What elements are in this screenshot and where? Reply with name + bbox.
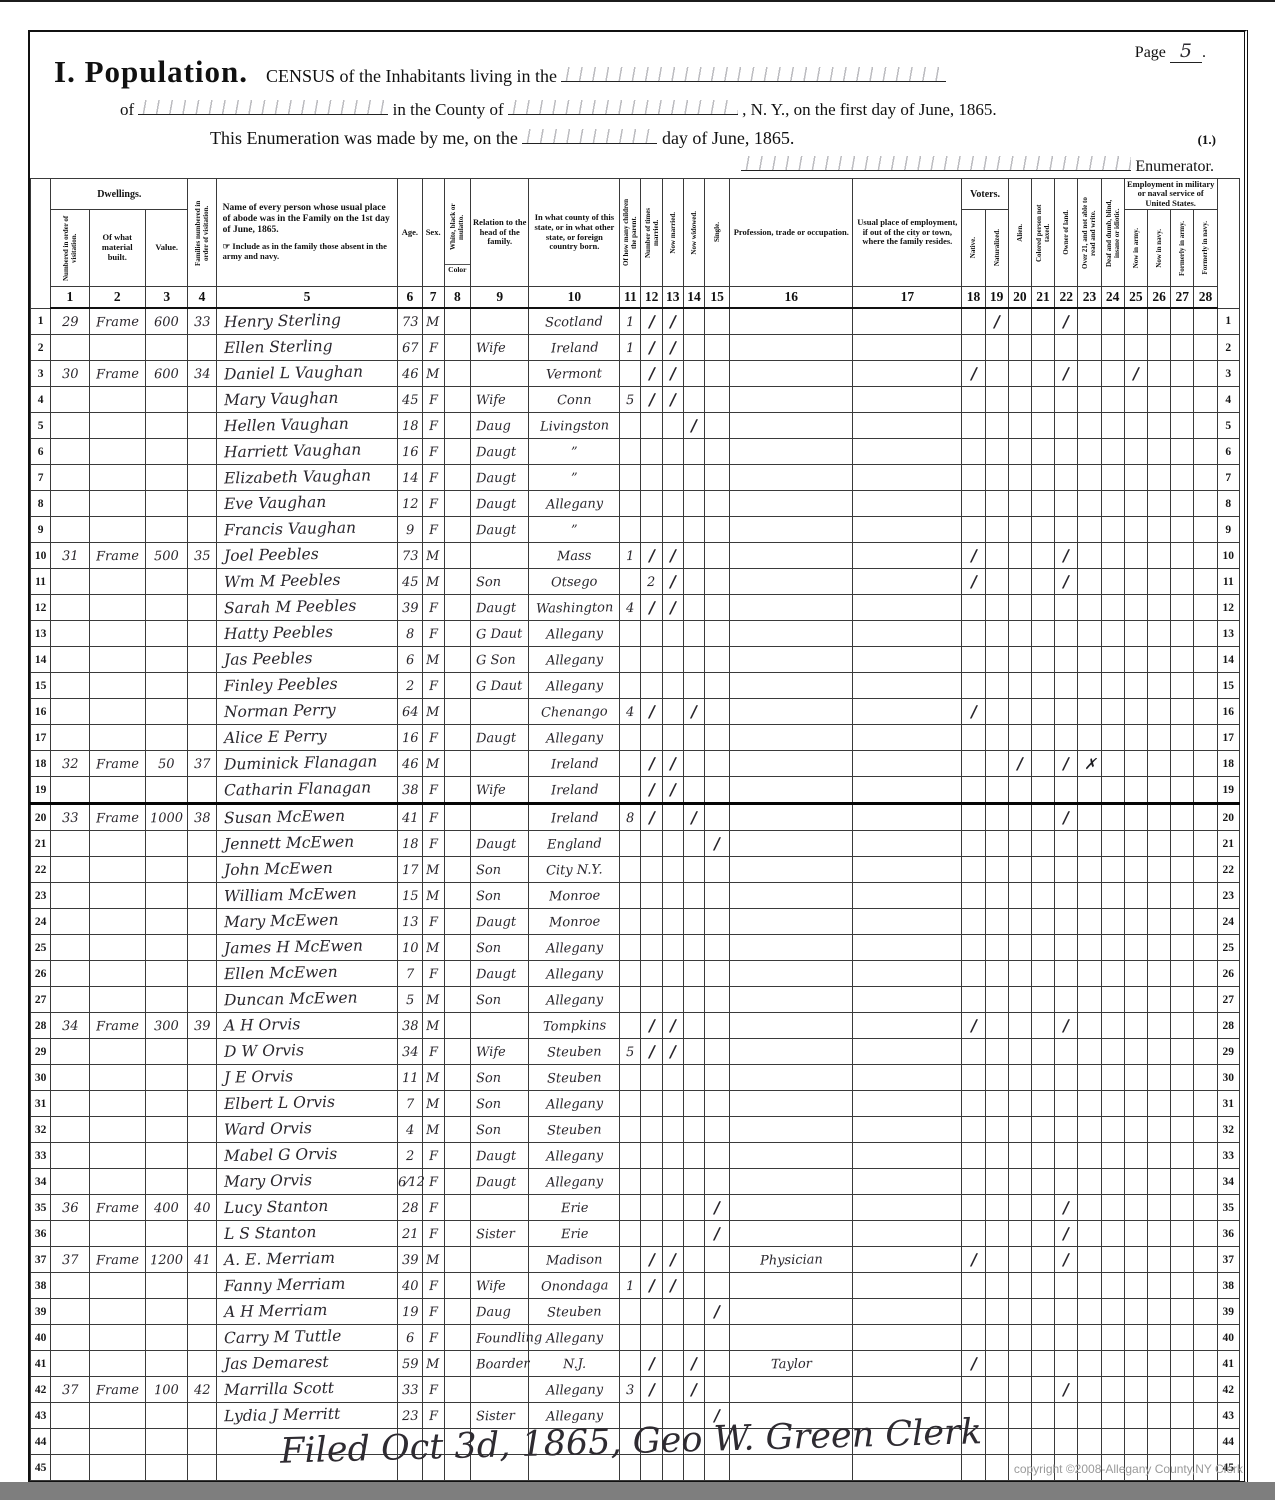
cell-r26-c19 [985, 961, 1008, 987]
cell-r39-c25 [1124, 1299, 1147, 1325]
cell-r24-c23 [1078, 909, 1101, 935]
cell-r30-c12 [641, 1065, 662, 1091]
cell-r28-c16 [730, 1013, 853, 1039]
cell-r31-c22 [1055, 1091, 1078, 1117]
cell-r35-c2: Frame [89, 1195, 146, 1221]
cell-r27-c11 [620, 987, 641, 1013]
cell-r43-c5: Lydia J Merritt [216, 1403, 398, 1429]
cell-r20-c19 [985, 804, 1008, 831]
cell-r7-c6: 14 [398, 465, 422, 491]
cell-r42-c10: Allegany [529, 1377, 620, 1403]
cell-r17-c2 [89, 725, 146, 751]
cell-r17-c17 [853, 725, 962, 751]
cell-r2-c9: Wife [470, 335, 529, 361]
cell-r35-c13 [662, 1195, 683, 1221]
cell-r13-c13 [662, 621, 683, 647]
cell-r19-c20 [1008, 777, 1031, 804]
cell-r8-c15 [705, 491, 730, 517]
cell-r36-c7: F [422, 1221, 444, 1247]
cell-r8-c25 [1124, 491, 1147, 517]
cell-r2-c14 [683, 335, 704, 361]
cell-r12-c15 [705, 595, 730, 621]
column-number-9: 9 [470, 287, 529, 309]
cell-r26-c6: 7 [398, 961, 422, 987]
cell-r40-c14 [683, 1325, 704, 1351]
cell-r35-c14 [683, 1195, 704, 1221]
cell-r34-c5: Mary Orvis [216, 1169, 398, 1195]
cell-r2-c25 [1124, 335, 1147, 361]
line-number-left-23: 23 [31, 883, 51, 909]
cell-r26-c27 [1171, 961, 1194, 987]
cell-r42-c2: Frame [89, 1377, 146, 1403]
cell-r28-c28 [1194, 1013, 1217, 1039]
cell-r26-c28 [1194, 961, 1217, 987]
cell-r30-c6: 11 [398, 1065, 422, 1091]
cell-r11-c27 [1171, 569, 1194, 595]
cell-r10-c8 [444, 543, 470, 569]
cell-r20-c4: 38 [188, 804, 216, 831]
cell-r16-c27 [1171, 699, 1194, 725]
cell-r8-c24 [1101, 491, 1124, 517]
cell-r18-c17 [853, 751, 962, 777]
cell-r30-c28 [1194, 1065, 1217, 1091]
cell-r23-c10: Monroe [529, 883, 620, 909]
cell-r11-c15 [705, 569, 730, 595]
cell-r43-c26 [1147, 1403, 1170, 1429]
cell-r6-c11 [620, 439, 641, 465]
line-number-left-26: 26 [31, 961, 51, 987]
cell-r41-c8 [444, 1351, 470, 1377]
cell-r21-c21 [1031, 831, 1054, 857]
cell-r42-c27 [1171, 1377, 1194, 1403]
cell-r25-c28 [1194, 935, 1217, 961]
cell-r8-c16 [730, 491, 853, 517]
cell-r22-c14 [683, 857, 704, 883]
census-row-26: 26Ellen McEwen7FDaugtAllegany26 [31, 961, 1240, 987]
cell-r7-c1 [51, 465, 89, 491]
copyright-text: copyright ©2008-Allegany County,NY Clerk [1014, 1462, 1243, 1476]
cell-r42-c5: Marrilla Scott [216, 1377, 398, 1403]
cell-r36-c25 [1124, 1221, 1147, 1247]
cell-r8-c3 [146, 491, 188, 517]
cell-r12-c2 [89, 595, 146, 621]
cell-r38-c1 [51, 1273, 89, 1299]
cell-r16-c8 [444, 699, 470, 725]
cell-r38-c19 [985, 1273, 1008, 1299]
cell-r14-c12 [641, 647, 662, 673]
cell-r10-c25 [1124, 543, 1147, 569]
cell-r27-c1 [51, 987, 89, 1013]
column-number-21: 21 [1031, 287, 1054, 309]
cell-r45-c17 [853, 1455, 962, 1481]
cell-r12-c17 [853, 595, 962, 621]
cell-r4-c19 [985, 387, 1008, 413]
cell-r12-c7: F [422, 595, 444, 621]
col-12-header: Number of times married. [641, 179, 662, 287]
cell-r41-c14: ∕ [683, 1351, 704, 1377]
cell-r15-c15 [705, 673, 730, 699]
cell-r39-c11 [620, 1299, 641, 1325]
cell-r2-c11: 1 [620, 335, 641, 361]
census-row-29: 29D W Orvis34FWifeSteuben5∕∕29 [31, 1039, 1240, 1065]
cell-r7-c4 [188, 465, 216, 491]
cell-r7-c14 [683, 465, 704, 491]
cell-r40-c2 [89, 1325, 146, 1351]
cell-r28-c7: M [422, 1013, 444, 1039]
cell-r5-c17 [853, 413, 962, 439]
cell-r37-c26 [1147, 1247, 1170, 1273]
cell-r14-c28 [1194, 647, 1217, 673]
cell-r8-c14 [683, 491, 704, 517]
cell-r23-c8 [444, 883, 470, 909]
cell-r12-c5: Sarah M Peebles [216, 595, 398, 621]
cell-r14-c27 [1171, 647, 1194, 673]
cell-r40-c3 [146, 1325, 188, 1351]
cell-r14-c2 [89, 647, 146, 673]
cell-r33-c4 [188, 1143, 216, 1169]
col-17-header: Usual place of employment, if out of the… [853, 179, 962, 287]
col-23-header: Over 21, and not able to read and write. [1078, 179, 1101, 287]
cell-r40-c23 [1078, 1325, 1101, 1351]
cell-r29-c19 [985, 1039, 1008, 1065]
cell-r44-c26 [1147, 1429, 1170, 1455]
cell-r8-c26 [1147, 491, 1170, 517]
cell-r21-c13 [662, 831, 683, 857]
cell-r20-c26 [1147, 804, 1170, 831]
cell-r26-c14 [683, 961, 704, 987]
cell-r44-c4 [188, 1429, 216, 1455]
cell-r22-c19 [985, 857, 1008, 883]
cell-r27-c7: M [422, 987, 444, 1013]
cell-r2-c12: ∕ [641, 335, 662, 361]
cell-r3-c4: 34 [188, 361, 216, 387]
column-number-11: 11 [620, 287, 641, 309]
cell-r17-c25 [1124, 725, 1147, 751]
cell-r31-c6: 7 [398, 1091, 422, 1117]
cell-r39-c8 [444, 1299, 470, 1325]
line-number-right-17: 17 [1217, 725, 1239, 751]
cell-r18-c8 [444, 751, 470, 777]
column-number-12: 12 [641, 287, 662, 309]
cell-r22-c18 [962, 857, 985, 883]
cell-r17-c18 [962, 725, 985, 751]
cell-r22-c26 [1147, 857, 1170, 883]
cell-r10-c23 [1078, 543, 1101, 569]
cell-r18-c10: Ireland [529, 751, 620, 777]
cell-r29-c10: Steuben [529, 1039, 620, 1065]
cell-r32-c8 [444, 1117, 470, 1143]
cell-r20-c15 [705, 804, 730, 831]
column-number-10: 10 [529, 287, 620, 309]
cell-r41-c9: Boarder [470, 1351, 529, 1377]
cell-r34-c2 [89, 1169, 146, 1195]
cell-r11-c13: ∕ [662, 569, 683, 595]
cell-r17-c20 [1008, 725, 1031, 751]
cell-r24-c12 [641, 909, 662, 935]
cell-r38-c12: ∕ [641, 1273, 662, 1299]
census-row-22: 22John McEwen17MSonCity N.Y.22 [31, 857, 1240, 883]
cell-r3-c20 [1008, 361, 1031, 387]
cell-r29-c18 [962, 1039, 985, 1065]
line-number-left-6: 6 [31, 439, 51, 465]
line-number-left-24: 24 [31, 909, 51, 935]
cell-r44-c28 [1194, 1429, 1217, 1455]
cell-r12-c13: ∕ [662, 595, 683, 621]
cell-r13-c1 [51, 621, 89, 647]
cell-r9-c27 [1171, 517, 1194, 543]
col-13-header: Now married. [662, 179, 683, 287]
cell-r22-c16 [730, 857, 853, 883]
cell-r8-c4 [188, 491, 216, 517]
line-number-left-40: 40 [31, 1325, 51, 1351]
cell-r25-c14 [683, 935, 704, 961]
column-number-2: 2 [89, 287, 146, 309]
cell-r40-c10: Allegany [529, 1325, 620, 1351]
cell-r39-c22 [1055, 1299, 1078, 1325]
line-number-right-32: 32 [1217, 1117, 1239, 1143]
cell-r43-c6: 23 [398, 1403, 422, 1429]
cell-r28-c12: ∕ [641, 1013, 662, 1039]
cell-r38-c20 [1008, 1273, 1031, 1299]
cell-r28-c27 [1171, 1013, 1194, 1039]
cell-r22-c13 [662, 857, 683, 883]
col-27-header: Formerly in army. [1171, 210, 1194, 287]
cell-r36-c8 [444, 1221, 470, 1247]
census-row-41: 41Jas Demarest59MBoarderN.J.∕∕Taylor∕41 [31, 1351, 1240, 1377]
col-4-header: Families numbered in order of visitation… [188, 179, 216, 287]
cell-r20-c11: 8 [620, 804, 641, 831]
column-number-row: 1234567891011121314151617181920212223242… [31, 287, 1240, 309]
cell-r28-c18: ∕ [962, 1013, 985, 1039]
cell-r36-c24 [1101, 1221, 1124, 1247]
cell-r19-c8 [444, 777, 470, 804]
cell-r1-c24 [1101, 308, 1124, 335]
cell-r15-c21 [1031, 673, 1054, 699]
cell-r5-c4 [188, 413, 216, 439]
cell-r26-c9: Daugt [470, 961, 529, 987]
cell-r6-c27 [1171, 439, 1194, 465]
line-number-right-6: 6 [1217, 439, 1239, 465]
cell-r19-c5: Catharin Flanagan [216, 777, 398, 804]
cell-r33-c10: Allegany [529, 1143, 620, 1169]
column-number-19: 19 [985, 287, 1008, 309]
cell-r33-c21 [1031, 1143, 1054, 1169]
line-number-left-43: 43 [31, 1403, 51, 1429]
cell-r37-c2: Frame [89, 1247, 146, 1273]
cell-r18-c2: Frame [89, 751, 146, 777]
cell-r6-c25 [1124, 439, 1147, 465]
cell-r37-c10: Madison [529, 1247, 620, 1273]
cell-r33-c3 [146, 1143, 188, 1169]
cell-r38-c2 [89, 1273, 146, 1299]
cell-r24-c28 [1194, 909, 1217, 935]
cell-r26-c4 [188, 961, 216, 987]
cell-r28-c17 [853, 1013, 962, 1039]
cell-r14-c17 [853, 647, 962, 673]
line-number-left-7: 7 [31, 465, 51, 491]
group-voters: Voters. [962, 179, 1008, 210]
cell-r31-c11 [620, 1091, 641, 1117]
cell-r37-c23 [1078, 1247, 1101, 1273]
cell-r22-c3 [146, 857, 188, 883]
cell-r42-c9 [470, 1377, 529, 1403]
cell-r41-c20 [1008, 1351, 1031, 1377]
cell-r41-c28 [1194, 1351, 1217, 1377]
cell-r25-c10: Allegany [529, 935, 620, 961]
cell-r28-c5: A H Orvis [216, 1013, 398, 1039]
cell-r37-c27 [1171, 1247, 1194, 1273]
cell-r6-c15 [705, 439, 730, 465]
cell-r10-c11: 1 [620, 543, 641, 569]
cell-r17-c11 [620, 725, 641, 751]
cell-r16-c18: ∕ [962, 699, 985, 725]
cell-r12-c23 [1078, 595, 1101, 621]
cell-r17-c5: Alice E Perry [216, 725, 398, 751]
enumerator-line: Enumerator. [741, 156, 1214, 176]
cell-r33-c15 [705, 1143, 730, 1169]
cell-r8-c2 [89, 491, 146, 517]
cell-r16-c3 [146, 699, 188, 725]
cell-r13-c3 [146, 621, 188, 647]
cell-r37-c19 [985, 1247, 1008, 1273]
cell-r9-c7: F [422, 517, 444, 543]
cell-r41-c11 [620, 1351, 641, 1377]
cell-r32-c7: M [422, 1117, 444, 1143]
cell-r10-c24 [1101, 543, 1124, 569]
cell-r34-c10: Allegany [529, 1169, 620, 1195]
cell-r19-c27 [1171, 777, 1194, 804]
column-number-4: 4 [188, 287, 216, 309]
cell-r4-c2 [89, 387, 146, 413]
cell-r4-c18 [962, 387, 985, 413]
cell-r7-c15 [705, 465, 730, 491]
line-number-right-35: 35 [1217, 1195, 1239, 1221]
cell-r21-c5: Jennett McEwen [216, 831, 398, 857]
cell-r34-c21 [1031, 1169, 1054, 1195]
cell-r17-c19 [985, 725, 1008, 751]
cell-r19-c28 [1194, 777, 1217, 804]
cell-r41-c10: N.J. [529, 1351, 620, 1377]
cell-r6-c10: ” [529, 439, 620, 465]
line-number-left-29: 29 [31, 1039, 51, 1065]
cell-r25-c1 [51, 935, 89, 961]
census-title: CENSUS of the Inhabitants living in the [266, 66, 557, 86]
census-row-15: 15Finley Peebles2FG DautAllegany15 [31, 673, 1240, 699]
cell-r1-c1: 29 [51, 308, 89, 335]
line-number-left-42: 42 [31, 1377, 51, 1403]
cell-r20-c10: Ireland [529, 804, 620, 831]
cell-r34-c19 [985, 1169, 1008, 1195]
cell-r42-c26 [1147, 1377, 1170, 1403]
cell-r3-c10: Vermont [529, 361, 620, 387]
table-header: Dwellings. Families numbered in order of… [31, 179, 1240, 309]
cell-r27-c16 [730, 987, 853, 1013]
cell-r29-c11: 5 [620, 1039, 641, 1065]
cell-r8-c6: 12 [398, 491, 422, 517]
cell-r9-c20 [1008, 517, 1031, 543]
cell-r3-c6: 46 [398, 361, 422, 387]
cell-r20-c5: Susan McEwen [216, 804, 398, 831]
cell-r15-c4 [188, 673, 216, 699]
cell-r40-c13 [662, 1325, 683, 1351]
cell-r30-c4 [188, 1065, 216, 1091]
cell-r14-c16 [730, 647, 853, 673]
cell-r11-c28 [1194, 569, 1217, 595]
cell-r6-c1 [51, 439, 89, 465]
line-number-right-12: 12 [1217, 595, 1239, 621]
cell-r21-c1 [51, 831, 89, 857]
cell-r15-c1 [51, 673, 89, 699]
cell-r31-c20 [1008, 1091, 1031, 1117]
cell-r7-c19 [985, 465, 1008, 491]
cell-r2-c7: F [422, 335, 444, 361]
cell-r34-c3 [146, 1169, 188, 1195]
cell-r17-c16 [730, 725, 853, 751]
cell-r25-c25 [1124, 935, 1147, 961]
cell-r29-c5: D W Orvis [216, 1039, 398, 1065]
cell-r9-c12 [641, 517, 662, 543]
census-row-37: 3737Frame120041A. E. Merriam39MMadison∕∕… [31, 1247, 1240, 1273]
cell-r30-c22 [1055, 1065, 1078, 1091]
cell-r38-c10: Onondaga [529, 1273, 620, 1299]
cell-r3-c12: ∕ [641, 361, 662, 387]
cell-r31-c9: Son [470, 1091, 529, 1117]
cell-r1-c6: 73 [398, 308, 422, 335]
cell-r32-c4 [188, 1117, 216, 1143]
cell-r3-c2: Frame [89, 361, 146, 387]
cell-r6-c7: F [422, 439, 444, 465]
cell-r19-c11 [620, 777, 641, 804]
cell-r39-c1 [51, 1299, 89, 1325]
cell-r44-c25 [1124, 1429, 1147, 1455]
cell-r10-c26 [1147, 543, 1170, 569]
cell-r24-c14 [683, 909, 704, 935]
cell-r16-c20 [1008, 699, 1031, 725]
line-number-left-41: 41 [31, 1351, 51, 1377]
cell-r37-c8 [444, 1247, 470, 1273]
cell-r18-c16 [730, 751, 853, 777]
cell-r3-c5: Daniel L Vaughan [216, 361, 398, 387]
line-number-left-19: 19 [31, 777, 51, 804]
cell-r40-c28 [1194, 1325, 1217, 1351]
census-row-4: 4Mary Vaughan45FWifeConn5∕∕4 [31, 387, 1240, 413]
cell-r25-c21 [1031, 935, 1054, 961]
cell-r41-c23 [1078, 1351, 1101, 1377]
cell-r13-c27 [1171, 621, 1194, 647]
cell-r11-c14 [683, 569, 704, 595]
cell-r9-c21 [1031, 517, 1054, 543]
cell-r12-c28 [1194, 595, 1217, 621]
cell-r34-c7: F [422, 1169, 444, 1195]
cell-r36-c14 [683, 1221, 704, 1247]
cell-r14-c10: Allegany [529, 647, 620, 673]
cell-r9-c1 [51, 517, 89, 543]
cell-r25-c24 [1101, 935, 1124, 961]
cell-r28-c21 [1031, 1013, 1054, 1039]
census-row-7: 7Elizabeth Vaughan14FDaugt”7 [31, 465, 1240, 491]
line-number-right-33: 33 [1217, 1143, 1239, 1169]
cell-r38-c14 [683, 1273, 704, 1299]
cell-r6-c28 [1194, 439, 1217, 465]
cell-r36-c22: ∕ [1055, 1221, 1078, 1247]
cell-r7-c3 [146, 465, 188, 491]
cell-r33-c25 [1124, 1143, 1147, 1169]
cell-r1-c10: Scotland [529, 308, 620, 335]
cell-r16-c22 [1055, 699, 1078, 725]
cell-r33-c19 [985, 1143, 1008, 1169]
cell-r10-c21 [1031, 543, 1054, 569]
cell-r23-c5: William McEwen [216, 883, 398, 909]
